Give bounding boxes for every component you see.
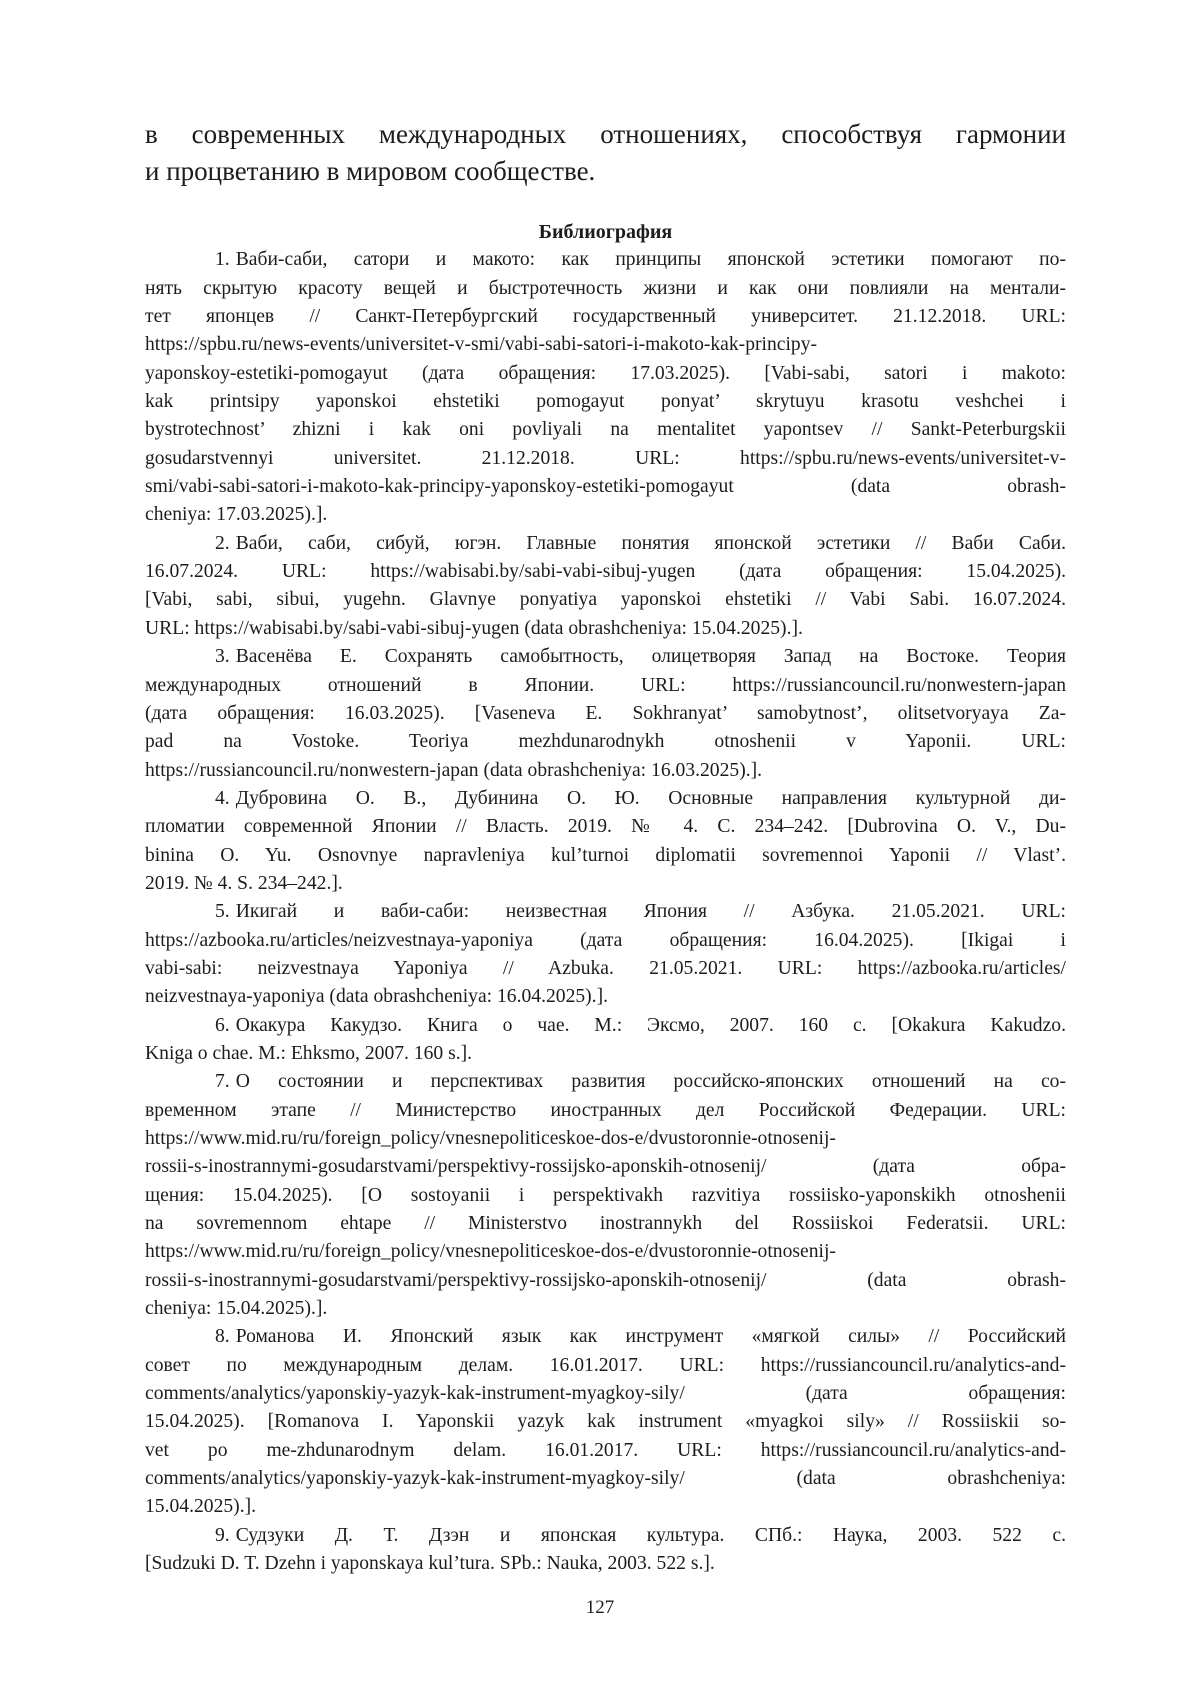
entry-line: 16.07.2024. URL: https://wabisabi.by/sab…: [145, 558, 1066, 586]
text-line: в современных международных отношениях, …: [145, 116, 1066, 153]
entry-line: щения: 15.04.2025). [O sostoyanii i pers…: [145, 1182, 1066, 1210]
entry-first-line: 1.Ваби-саби, сатори и макото: как принци…: [145, 246, 1066, 274]
entry-line: rossii-s-inostrannymi-gosudarstvami/pers…: [145, 1153, 1066, 1181]
entry-text: Васенёва Е. Сохранять самобытность, олиц…: [236, 646, 1066, 667]
bibliography-entry: 9.Судзуки Д. Т. Дзэн и японская культура…: [145, 1522, 1066, 1579]
bibliography-entry: 3.Васенёва Е. Сохранять самобытность, ол…: [145, 643, 1066, 785]
entry-number: 4.: [215, 785, 230, 813]
entry-line: https://www.mid.ru/ru/foreign_policy/vne…: [145, 1125, 1066, 1153]
bibliography-entry: 4.Дубровина О. В., Дубинина О. Ю. Основн…: [145, 785, 1066, 898]
entry-first-line: 7.О состоянии и перспективах развития ро…: [145, 1068, 1066, 1096]
entry-line: [Vabi, sabi, sibui, yugehn. Glavnye pony…: [145, 586, 1066, 614]
entry-line: 15.04.2025). [Romanova I. Yaponskii yazy…: [145, 1408, 1066, 1436]
entry-line: kak printsipy yaponskoi ehstetiki pomoga…: [145, 388, 1066, 416]
entry-line: cheniya: 15.04.2025).].: [145, 1295, 1066, 1323]
entry-first-line: 4.Дубровина О. В., Дубинина О. Ю. Основн…: [145, 785, 1066, 813]
entry-line: cheniya: 17.03.2025).].: [145, 501, 1066, 529]
bibliography-entry: 2.Ваби, саби, сибуй, югэн. Главные понят…: [145, 530, 1066, 643]
entry-line: https://spbu.ru/news-events/universitet-…: [145, 331, 1066, 359]
entry-line: международных отношений в Японии. URL: h…: [145, 672, 1066, 700]
bibliography-entry: 6.Окакура Какудзо. Книга о чае. М.: Эксм…: [145, 1012, 1066, 1069]
entry-number: 3.: [215, 643, 230, 671]
entry-number: 9.: [215, 1522, 230, 1550]
entry-line: bystrotechnost’ zhizni i kak oni povliya…: [145, 416, 1066, 444]
entry-text: О состоянии и перспективах развития росс…: [236, 1071, 1066, 1092]
entry-text: Судзуки Д. Т. Дзэн и японская культура. …: [236, 1525, 1066, 1546]
entry-line: https://www.mid.ru/ru/foreign_policy/vne…: [145, 1238, 1066, 1266]
entry-line: пломатии современной Японии // Власть. 2…: [145, 813, 1066, 841]
entry-line: neizvestnaya-yaponiya (data obrashcheniy…: [145, 983, 1066, 1011]
entry-text: Романова И. Японский язык как инструмент…: [236, 1326, 1066, 1347]
entry-number: 7.: [215, 1068, 230, 1096]
entry-line: тет японцев // Санкт-Петербургский госуд…: [145, 303, 1066, 331]
entry-number: 2.: [215, 530, 230, 558]
entry-text: Икигай и ваби-саби: неизвестная Япония /…: [236, 901, 1066, 922]
entry-number: 6.: [215, 1012, 230, 1040]
bibliography-entry: 8.Романова И. Японский язык как инструме…: [145, 1323, 1066, 1521]
entry-line: rossii-s-inostrannymi-gosudarstvami/pers…: [145, 1267, 1066, 1295]
bibliography-entry: 1.Ваби-саби, сатори и макото: как принци…: [145, 246, 1066, 529]
entry-text: Окакура Какудзо. Книга о чае. М.: Эксмо,…: [236, 1015, 1066, 1036]
entry-line: na sovremennom ehtape // Ministerstvo in…: [145, 1210, 1066, 1238]
entry-line: vabi-sabi: neizvestnaya Yaponiya // Azbu…: [145, 955, 1066, 983]
entry-text: Ваби-саби, сатори и макото: как принципы…: [236, 249, 1066, 270]
entry-first-line: 3.Васенёва Е. Сохранять самобытность, ол…: [145, 643, 1066, 671]
text-line: и процветанию в мировом сообществе.: [145, 153, 1066, 190]
entry-text: Ваби, саби, сибуй, югэн. Главные понятия…: [236, 533, 1066, 554]
entry-number: 1.: [215, 246, 230, 274]
entry-line: smi/vabi-sabi-satori-i-makoto-kak-princi…: [145, 473, 1066, 501]
bibliography-entry: 7.О состоянии и перспективах развития ро…: [145, 1068, 1066, 1323]
entry-line: нять скрытую красоту вещей и быстротечно…: [145, 275, 1066, 303]
page-number: 127: [0, 1597, 1200, 1619]
entry-number: 8.: [215, 1323, 230, 1351]
entry-line: comments/analytics/yaponskiy-yazyk-kak-i…: [145, 1465, 1066, 1493]
entry-line: 2019. № 4. S. 234–242.].: [145, 870, 1066, 898]
entry-line: comments/analytics/yaponskiy-yazyk-kak-i…: [145, 1380, 1066, 1408]
document-page: в современных международных отношениях, …: [0, 0, 1200, 1698]
entry-line: vet po me-zhdunarodnym delam. 16.01.2017…: [145, 1437, 1066, 1465]
entry-line: временном этапе // Министерство иностран…: [145, 1097, 1066, 1125]
entry-line: [Sudzuki D. T. Dzehn i yaponskaya kul’tu…: [145, 1550, 1066, 1578]
entry-text: Дубровина О. В., Дубинина О. Ю. Основные…: [236, 788, 1066, 809]
intro-paragraph: в современных международных отношениях, …: [145, 116, 1066, 190]
entry-line: совет по международным делам. 16.01.2017…: [145, 1352, 1066, 1380]
bibliography: Библиография 1.Ваби-саби, сатори и макот…: [145, 218, 1066, 1579]
entry-first-line: 8.Романова И. Японский язык как инструме…: [145, 1323, 1066, 1351]
entry-number: 5.: [215, 898, 230, 926]
entry-line: 15.04.2025).].: [145, 1493, 1066, 1521]
entry-line: gosudarstvennyi universitet. 21.12.2018.…: [145, 445, 1066, 473]
entry-line: https://russiancouncil.ru/nonwestern-jap…: [145, 757, 1066, 785]
entry-line: URL: https://wabisabi.by/sabi-vabi-sibuj…: [145, 615, 1066, 643]
entry-line: yaponskoy-estetiki-pomogayut (дата обращ…: [145, 360, 1066, 388]
entry-line: https://azbooka.ru/articles/neizvestnaya…: [145, 927, 1066, 955]
bibliography-title: Библиография: [145, 218, 1066, 246]
entry-line: binina O. Yu. Osnovnye napravleniya kul’…: [145, 842, 1066, 870]
entry-line: (дата обращения: 16.03.2025). [Vaseneva …: [145, 700, 1066, 728]
bibliography-list: 1.Ваби-саби, сатори и макото: как принци…: [145, 246, 1066, 1578]
entry-first-line: 5.Икигай и ваби-саби: неизвестная Япония…: [145, 898, 1066, 926]
bibliography-entry: 5.Икигай и ваби-саби: неизвестная Япония…: [145, 898, 1066, 1011]
entry-first-line: 9.Судзуки Д. Т. Дзэн и японская культура…: [145, 1522, 1066, 1550]
entry-first-line: 6.Окакура Какудзо. Книга о чае. М.: Эксм…: [145, 1012, 1066, 1040]
entry-first-line: 2.Ваби, саби, сибуй, югэн. Главные понят…: [145, 530, 1066, 558]
entry-line: pad na Vostoke. Teoriya mezhdunarodnykh …: [145, 728, 1066, 756]
entry-line: Kniga o chae. M.: Ehksmo, 2007. 160 s.].: [145, 1040, 1066, 1068]
